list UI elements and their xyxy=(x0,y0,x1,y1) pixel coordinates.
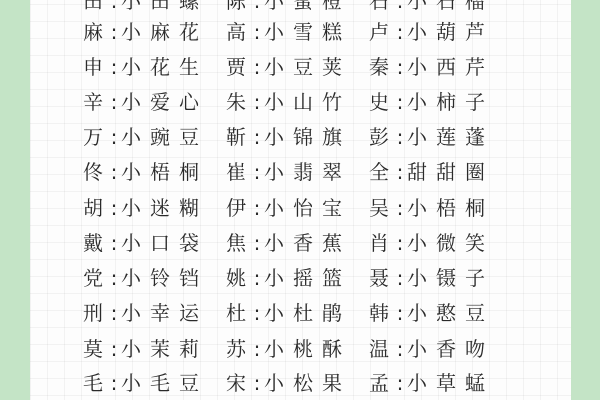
surname: 聂 xyxy=(369,266,393,290)
surname: 全 xyxy=(369,160,393,184)
nickname: 小桃酥 xyxy=(264,337,351,361)
nickname: 小镊子 xyxy=(407,266,494,290)
list-item: 焦:小香蕉 xyxy=(226,231,351,255)
nickname: 小锦旗 xyxy=(264,125,351,149)
nickname: 小茉莉 xyxy=(121,337,208,361)
list-item: 贾:小豆荚 xyxy=(226,55,351,79)
separator: : xyxy=(393,266,407,290)
surname: 孟 xyxy=(369,371,393,395)
separator: : xyxy=(250,196,264,220)
separator: : xyxy=(107,301,121,325)
list-item: 温:小香吻 xyxy=(369,337,494,361)
nickname: 小雪糕 xyxy=(264,20,351,44)
separator: : xyxy=(107,20,121,44)
nickname: 小柿子 xyxy=(407,90,494,114)
nickname: 小幸运 xyxy=(121,301,208,325)
nickname: 小微笑 xyxy=(407,231,494,255)
surname: 高 xyxy=(226,20,250,44)
separator: : xyxy=(250,20,264,44)
separator: : xyxy=(107,371,121,395)
nickname: 小松果 xyxy=(264,371,351,395)
list-item: 陈:小蜜橙 xyxy=(226,0,351,13)
list-item: 宋:小松果 xyxy=(226,371,351,395)
separator: : xyxy=(250,125,264,149)
list-item: 石:小石榴 xyxy=(369,0,494,13)
list-item: 辛:小爱心 xyxy=(83,90,208,114)
list-item: 毛:小毛豆 xyxy=(83,371,208,395)
separator: : xyxy=(107,196,121,220)
separator: : xyxy=(393,90,407,114)
nickname: 小葫芦 xyxy=(407,20,494,44)
separator: : xyxy=(107,125,121,149)
list-item: 聂:小镊子 xyxy=(369,266,494,290)
list-item: 戴:小口袋 xyxy=(83,231,208,255)
surname: 宋 xyxy=(226,371,250,395)
surname: 靳 xyxy=(226,125,250,149)
separator: : xyxy=(250,90,264,114)
surname: 姚 xyxy=(226,266,250,290)
surname: 杜 xyxy=(226,301,250,325)
nickname: 小爱心 xyxy=(121,90,208,114)
separator: : xyxy=(250,0,264,13)
separator: : xyxy=(107,0,121,13)
list-item: 孟:小草蜢 xyxy=(369,371,494,395)
list-item: 全:甜甜圈 xyxy=(369,160,494,184)
nickname: 小豌豆 xyxy=(121,125,208,149)
nickname: 小石榴 xyxy=(407,0,494,13)
separator: : xyxy=(250,55,264,79)
separator: : xyxy=(393,337,407,361)
separator: : xyxy=(107,90,121,114)
surname: 伊 xyxy=(226,196,250,220)
surname: 韩 xyxy=(369,301,393,325)
separator: : xyxy=(250,160,264,184)
list-item: 刑:小幸运 xyxy=(83,301,208,325)
surname: 卢 xyxy=(369,20,393,44)
list-item: 党:小铃铛 xyxy=(83,266,208,290)
nickname: 小憨豆 xyxy=(407,301,494,325)
separator: : xyxy=(393,0,407,13)
surname: 戴 xyxy=(83,231,107,255)
separator: : xyxy=(250,301,264,325)
nickname: 小迷糊 xyxy=(121,196,208,220)
nickname: 甜甜圈 xyxy=(407,160,494,184)
nickname: 小梧桐 xyxy=(121,160,208,184)
nickname: 小西芹 xyxy=(407,55,494,79)
surname: 党 xyxy=(83,266,107,290)
list-item: 申:小花生 xyxy=(83,55,208,79)
separator: : xyxy=(393,160,407,184)
list-item: 伊:小怡宝 xyxy=(226,196,351,220)
nickname: 小豆荚 xyxy=(264,55,351,79)
separator: : xyxy=(107,337,121,361)
list-item: 秦:小西芹 xyxy=(369,55,494,79)
nickname: 小铃铛 xyxy=(121,266,208,290)
surname: 贾 xyxy=(226,55,250,79)
surname: 苏 xyxy=(226,337,250,361)
surname: 胡 xyxy=(83,196,107,220)
surname: 麻 xyxy=(83,20,107,44)
surname: 刑 xyxy=(83,301,107,325)
separator: : xyxy=(393,371,407,395)
separator: : xyxy=(107,160,121,184)
surname: 朱 xyxy=(226,90,250,114)
separator: : xyxy=(107,55,121,79)
list-item: 靳:小锦旗 xyxy=(226,125,351,149)
list-item: 高:小雪糕 xyxy=(226,20,351,44)
list-item: 肖:小微笑 xyxy=(369,231,494,255)
nickname: 小毛豆 xyxy=(121,371,208,395)
list-item: 田:小田螺 xyxy=(83,0,208,13)
list-item: 彭:小莲蓬 xyxy=(369,125,494,149)
surname: 万 xyxy=(83,125,107,149)
list-item: 朱:小山竹 xyxy=(226,90,351,114)
surname: 焦 xyxy=(226,231,250,255)
list-item: 莫:小茉莉 xyxy=(83,337,208,361)
separator: : xyxy=(393,55,407,79)
surname: 田 xyxy=(83,0,107,13)
surname: 佟 xyxy=(83,160,107,184)
list-item: 史:小柿子 xyxy=(369,90,494,114)
surname: 温 xyxy=(369,337,393,361)
separator: : xyxy=(393,196,407,220)
nickname: 小杜鹃 xyxy=(264,301,351,325)
surname: 史 xyxy=(369,90,393,114)
list-item: 麻:小麻花 xyxy=(83,20,208,44)
surname: 秦 xyxy=(369,55,393,79)
separator: : xyxy=(250,337,264,361)
surname: 莫 xyxy=(83,337,107,361)
list-item: 韩:小憨豆 xyxy=(369,301,494,325)
list-item: 苏:小桃酥 xyxy=(226,337,351,361)
nickname: 小怡宝 xyxy=(264,196,351,220)
separator: : xyxy=(107,266,121,290)
surname: 石 xyxy=(369,0,393,13)
nickname: 小香吻 xyxy=(407,337,494,361)
list-item: 胡:小迷糊 xyxy=(83,196,208,220)
nickname: 小梧桐 xyxy=(407,196,494,220)
surname: 崔 xyxy=(226,160,250,184)
nickname: 小花生 xyxy=(121,55,208,79)
separator: : xyxy=(107,231,121,255)
surname: 申 xyxy=(83,55,107,79)
surname: 毛 xyxy=(83,371,107,395)
nickname: 小摇篮 xyxy=(264,266,351,290)
list-item: 万:小豌豆 xyxy=(83,125,208,149)
separator: : xyxy=(250,371,264,395)
list-item: 吴:小梧桐 xyxy=(369,196,494,220)
surname: 肖 xyxy=(369,231,393,255)
nickname: 小莲蓬 xyxy=(407,125,494,149)
list-item: 佟:小梧桐 xyxy=(83,160,208,184)
list-item: 姚:小摇篮 xyxy=(226,266,351,290)
surname: 陈 xyxy=(226,0,250,13)
surname: 吴 xyxy=(369,196,393,220)
nickname: 小蜜橙 xyxy=(264,0,351,13)
separator: : xyxy=(393,231,407,255)
separator: : xyxy=(393,301,407,325)
nickname: 小草蜢 xyxy=(407,371,494,395)
nickname: 小山竹 xyxy=(264,90,351,114)
surname: 彭 xyxy=(369,125,393,149)
surname: 辛 xyxy=(83,90,107,114)
separator: : xyxy=(393,125,407,149)
nickname: 小香蕉 xyxy=(264,231,351,255)
list-item: 杜:小杜鹃 xyxy=(226,301,351,325)
list-item: 卢:小葫芦 xyxy=(369,20,494,44)
separator: : xyxy=(250,266,264,290)
list-item: 崔:小翡翠 xyxy=(226,160,351,184)
nickname: 小田螺 xyxy=(121,0,208,13)
nickname: 小翡翠 xyxy=(264,160,351,184)
separator: : xyxy=(393,20,407,44)
nickname: 小口袋 xyxy=(121,231,208,255)
nickname: 小麻花 xyxy=(121,20,208,44)
separator: : xyxy=(250,231,264,255)
